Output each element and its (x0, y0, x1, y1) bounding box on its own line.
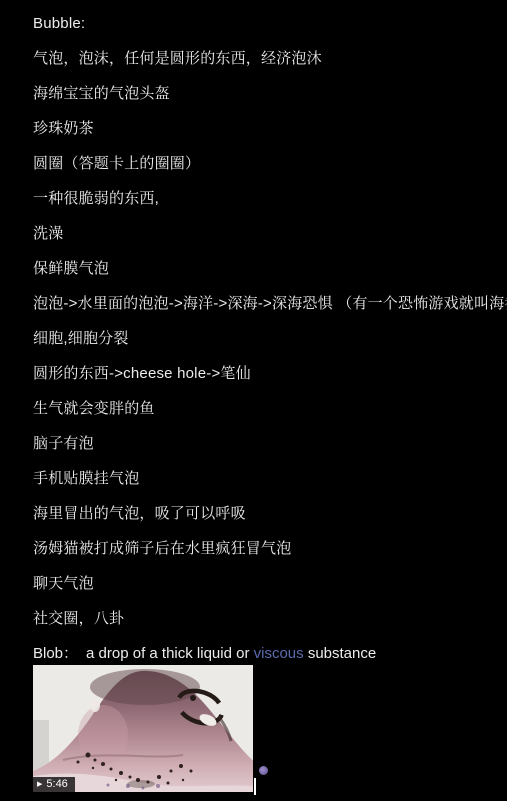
blobfish-image (33, 665, 253, 792)
video-timestamp-badge: ▶ 5:46 (33, 777, 75, 792)
doc-line[interactable]: 珍珠奶茶 (33, 121, 499, 136)
viscous-link[interactable]: viscous (254, 645, 304, 662)
doc-line[interactable]: 汤姆猫被打成筛子后在水里疯狂冒气泡 (33, 541, 499, 556)
doc-line[interactable]: 聊天气泡 (33, 576, 499, 591)
doc-line[interactable]: 一种很脆弱的东西, (33, 191, 499, 206)
doc-line[interactable]: 手机贴膜挂气泡 (33, 471, 499, 486)
blob-definition-post: substance (304, 645, 377, 662)
text-caret (254, 778, 256, 795)
doc-line[interactable]: 细胞,细胞分裂 (33, 331, 499, 346)
document-body: Bubble: 气泡，泡沫，任何是圆形的东西，经济泡沐 海绵宝宝的气泡头盔 珍珠… (33, 16, 499, 661)
video-timestamp: 5:46 (46, 777, 67, 792)
doc-line[interactable]: 泡泡->水里面的泡泡->海洋->深海->深海恐惧 （有一个恐怖游戏就叫海参） (33, 296, 499, 311)
doc-title[interactable]: Bubble: (33, 16, 499, 31)
doc-line[interactable]: 圆圈（答题卡上的圈圈） (33, 156, 499, 171)
doc-line[interactable]: 洗澡 (33, 226, 499, 241)
doc-line[interactable]: 生气就会变胖的鱼 (33, 401, 499, 416)
collaborator-cursor-dot (259, 766, 268, 775)
play-icon: ▶ (37, 777, 42, 792)
blob-label: Blob： (33, 645, 78, 662)
blob-definition-pre: a drop of a thick liquid or (86, 645, 254, 662)
doc-line[interactable]: 气泡，泡沫，任何是圆形的东西，经济泡沐 (33, 51, 499, 66)
doc-line[interactable]: 海里冒出的气泡，吸了可以呼吸 (33, 506, 499, 521)
blobfish-video-thumbnail[interactable]: ▶ 5:46 (33, 665, 253, 792)
doc-line[interactable]: 脑子有泡 (33, 436, 499, 451)
doc-line[interactable]: 海绵宝宝的气泡头盔 (33, 86, 499, 101)
doc-line[interactable]: 社交圈，八卦 (33, 611, 499, 626)
doc-line[interactable]: 保鲜膜气泡 (33, 261, 499, 276)
doc-line[interactable]: 圆形的东西->cheese hole->笔仙 (33, 366, 499, 381)
blob-definition-line[interactable]: Blob：a drop of a thick liquid or viscous… (33, 646, 499, 661)
